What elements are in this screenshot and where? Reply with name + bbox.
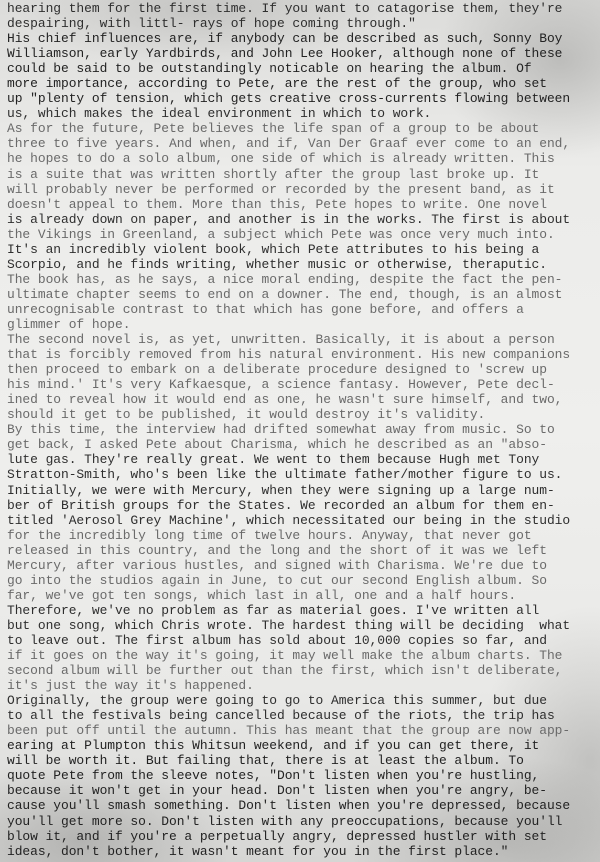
- text-line: is already down on paper, and another is…: [7, 212, 600, 227]
- text-line: quote Pete from the sleeve notes, "Don't…: [7, 768, 600, 783]
- text-line: because it won't get in your head. Don't…: [7, 783, 600, 798]
- text-line: Stratton-Smith, who's been like the ulti…: [7, 467, 600, 482]
- text-line: Mercury, after various hustles, and sign…: [7, 558, 600, 573]
- text-line: get back, I asked Pete about Charisma, w…: [7, 437, 600, 452]
- text-line: more importance, according to Pete, are …: [7, 76, 600, 91]
- text-line: glimmer of hope.: [7, 317, 600, 332]
- text-line: ideas, don't bother, it wasn't meant for…: [7, 844, 600, 859]
- text-line: released in this country, and the long a…: [7, 543, 600, 558]
- text-line: will be worth it. But failing that, ther…: [7, 753, 600, 768]
- text-line: will probably never be performed or reco…: [7, 182, 600, 197]
- text-line: Scorpio, and he finds writing, whether m…: [7, 257, 600, 272]
- text-line: that is forcibly removed from his natura…: [7, 347, 600, 362]
- text-line: titled 'Aerosol Grey Machine', which nec…: [7, 513, 600, 528]
- text-line: Therefore, we've no problem as far as ma…: [7, 603, 600, 618]
- text-line: cause you'll smash something. Don't list…: [7, 798, 600, 813]
- text-line: three to five years. And when, and if, V…: [7, 136, 600, 151]
- text-line: ultimate chapter seems to end on a downe…: [7, 287, 600, 302]
- text-line: lute gas. They're really great. We went …: [7, 452, 600, 467]
- text-line: it's just the way it's happened.: [7, 678, 600, 693]
- text-line: the Vikings in Greenland, a subject whic…: [7, 227, 600, 242]
- text-line: far, we've got ten songs, which last in …: [7, 588, 600, 603]
- text-line: His chief influences are, if anybody can…: [7, 31, 600, 46]
- article-body: hearing them for the first time. If you …: [7, 1, 600, 859]
- text-line: ber of British groups for the States. We…: [7, 498, 600, 513]
- text-line: you'll get more so. Don't listen with an…: [7, 814, 600, 829]
- text-line: is a suite that was written shortly afte…: [7, 167, 600, 182]
- text-line: should it get to be published, it would …: [7, 407, 600, 422]
- text-line: but one song, which Chris wrote. The har…: [7, 618, 600, 633]
- text-line: doesn't appeal to them. More than this, …: [7, 197, 600, 212]
- text-line: his mind.' It's very Kafkaesque, a scien…: [7, 377, 600, 392]
- text-line: to leave out. The first album has sold a…: [7, 633, 600, 648]
- text-line: he hopes to do a solo album, one side of…: [7, 151, 600, 166]
- text-line: us, which makes the ideal environment in…: [7, 106, 600, 121]
- text-line: despairing, with littl- rays of hope com…: [7, 16, 600, 31]
- text-line: then proceed to embark on a deliberate p…: [7, 362, 600, 377]
- text-line: second album will be further out than th…: [7, 663, 600, 678]
- text-line: go into the studios again in June, to cu…: [7, 573, 600, 588]
- scanned-typewritten-page: hearing them for the first time. If you …: [0, 0, 600, 862]
- text-line: blow it, and if you're a perpetually ang…: [7, 829, 600, 844]
- text-line: earing at Plumpton this Whitsun weekend,…: [7, 738, 600, 753]
- text-line: By this time, the interview had drifted …: [7, 422, 600, 437]
- text-line: As for the future, Pete believes the lif…: [7, 121, 600, 136]
- text-line: unrecognisable contrast to that which ha…: [7, 302, 600, 317]
- text-line: to all the festivals being cancelled bec…: [7, 708, 600, 723]
- text-line: ined to reveal how it would end as one, …: [7, 392, 600, 407]
- text-line: The second novel is, as yet, unwritten. …: [7, 332, 600, 347]
- text-line: The book has, as he says, a nice moral e…: [7, 272, 600, 287]
- text-line: could be said to be outstandingly notica…: [7, 61, 600, 76]
- text-line: up "plenty of tension, which gets creati…: [7, 91, 600, 106]
- text-line: Williamson, early Yardbirds, and John Le…: [7, 46, 600, 61]
- text-line: for the incredibly long time of twelve h…: [7, 528, 600, 543]
- text-line: Originally, the group were going to go t…: [7, 693, 600, 708]
- text-line: Initially, we were with Mercury, when th…: [7, 483, 600, 498]
- text-line: been put off until the autumn. This has …: [7, 723, 600, 738]
- text-line: It's an incredibly violent book, which P…: [7, 242, 600, 257]
- text-line: hearing them for the first time. If you …: [7, 1, 600, 16]
- text-line: if it goes on the way it's going, it may…: [7, 648, 600, 663]
